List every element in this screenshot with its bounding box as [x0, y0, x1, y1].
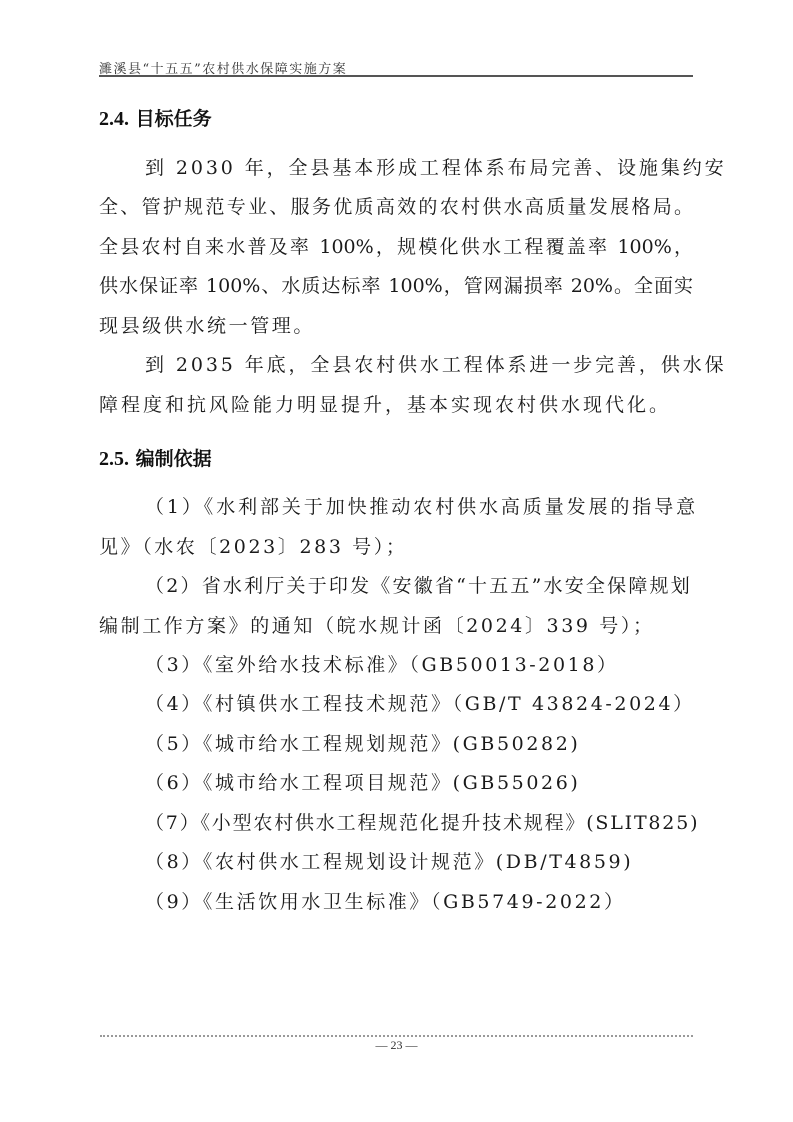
reference-item-9: （9）《生活饮用水卫生标准》（GB5749-2022）: [145, 890, 693, 914]
paragraph-line: 全县农村自来水普及率 100%，规模化供水工程覆盖率 100%，: [99, 235, 693, 259]
reference-item-3: （3）《室外给水技术标准》（GB50013-2018）: [145, 653, 693, 677]
section-heading-2-4: 2.4. 目标任务: [99, 104, 212, 131]
reference-item-6: （6）《城市给水工程项目规范》(GB55026): [145, 771, 693, 795]
reference-item-5: （5）《城市给水工程规划规范》(GB50282): [145, 732, 693, 756]
reference-item-2: （2）省水利厅关于印发《安徽省“十五五”水安全保障规划: [145, 574, 693, 598]
section-heading-2-5: 2.5. 编制依据: [99, 444, 212, 471]
paragraph-line: 供水保证率 100%、水质达标率 100%，管网漏损率 20%。全面实: [99, 274, 693, 298]
section-title: 目标任务: [136, 108, 212, 130]
paragraph-line: 全、管护规范专业、服务优质高效的农村供水高质量发展格局。: [99, 195, 693, 219]
reference-item-1: （1）《水利部关于加快推动农村供水高质量发展的指导意: [145, 495, 693, 519]
reference-item-1-cont: 见》（水农〔2023〕283 号）；: [99, 535, 693, 559]
reference-item-7: （7）《小型农村供水工程规范化提升技术规程》(SLIT825): [145, 811, 693, 835]
section-number: 2.5.: [99, 448, 129, 470]
paragraph-line: 到 2030 年，全县基本形成工程体系布局完善、设施集约安: [145, 156, 693, 180]
paragraph-line: 到 2035 年底，全县农村供水工程体系进一步完善，供水保: [145, 353, 693, 377]
reference-item-4: （4）《村镇供水工程技术规范》（GB/T 43824-2024）: [145, 692, 693, 716]
reference-item-2-cont: 编制工作方案》的通知（皖水规计函〔2024〕339 号）；: [99, 614, 693, 638]
paragraph-line: 现县级供水统一管理。: [99, 314, 693, 338]
paragraph-line: 障程度和抗风险能力明显提升，基本实现农村供水现代化。: [99, 393, 693, 417]
footer-divider: [100, 1035, 693, 1037]
section-title: 编制依据: [136, 448, 212, 470]
page-number: — 23 —: [0, 1038, 793, 1053]
reference-item-8: （8）《农村供水工程规划设计规范》(DB/T4859): [145, 850, 693, 874]
header-divider: [99, 75, 693, 77]
section-number: 2.4.: [99, 108, 129, 130]
